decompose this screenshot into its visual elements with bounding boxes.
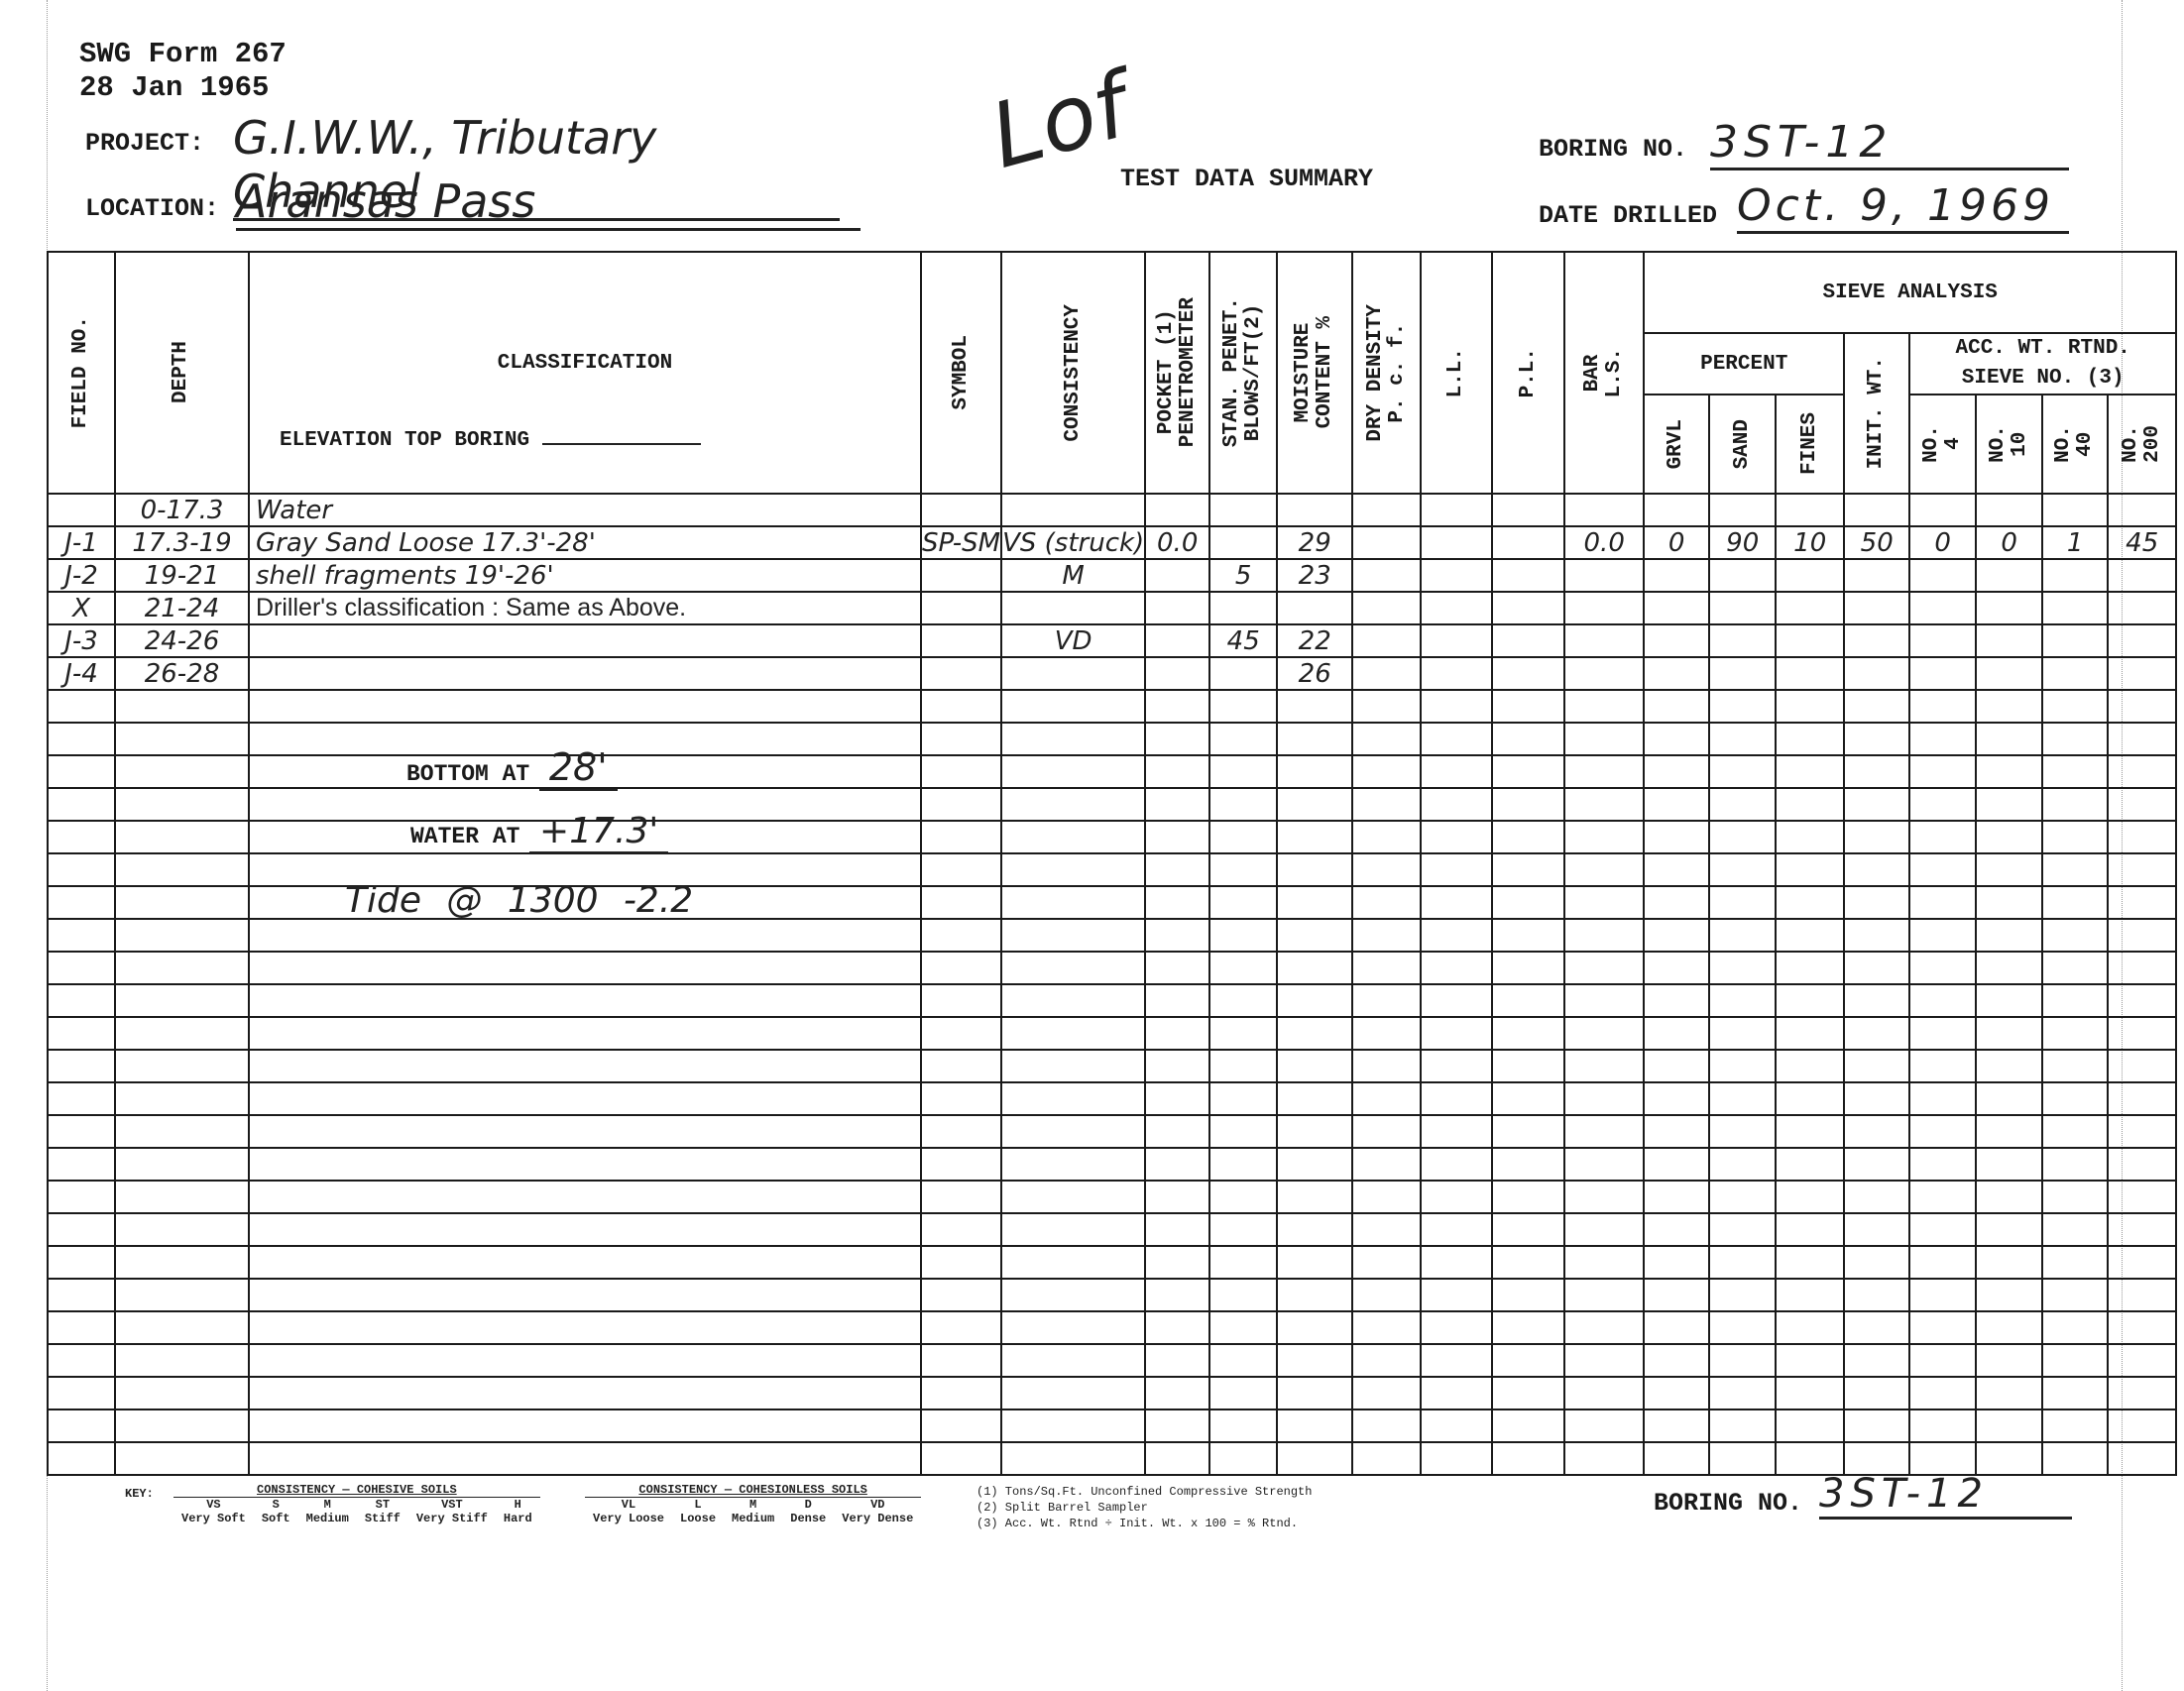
cell-ll bbox=[1421, 690, 1492, 723]
table-row bbox=[48, 1017, 2176, 1050]
cell-cons bbox=[1001, 690, 1145, 723]
cell-no40 bbox=[2042, 559, 2108, 592]
cell-no10 bbox=[1976, 1082, 2042, 1115]
cell-sand bbox=[1709, 1377, 1776, 1409]
cell-pocket bbox=[1145, 853, 1209, 886]
cell-init bbox=[1844, 1115, 1909, 1148]
cell-bar bbox=[1564, 1344, 1644, 1377]
cell-fines bbox=[1776, 1115, 1844, 1148]
cell-no40 bbox=[2042, 690, 2108, 723]
cell-stan bbox=[1209, 1148, 1277, 1181]
cell-dry bbox=[1352, 526, 1421, 559]
cell-init bbox=[1844, 1017, 1909, 1050]
cell-stan bbox=[1209, 984, 1277, 1017]
cell-pocket bbox=[1145, 755, 1209, 788]
cell-sym bbox=[921, 1050, 1001, 1082]
cell-field bbox=[48, 1377, 115, 1409]
cell-dry bbox=[1352, 592, 1421, 624]
cell-grvl bbox=[1644, 952, 1709, 984]
cell-init bbox=[1844, 984, 1909, 1017]
cell-cls bbox=[249, 1181, 921, 1213]
cell-pl bbox=[1492, 592, 1564, 624]
cell-no200 bbox=[2108, 1017, 2176, 1050]
cell-init bbox=[1844, 1050, 1909, 1082]
cell-no4 bbox=[1909, 821, 1976, 853]
cell-no4 bbox=[1909, 1050, 1976, 1082]
cell-sym bbox=[921, 1148, 1001, 1181]
cell-depth bbox=[115, 755, 249, 788]
cell-sym bbox=[921, 984, 1001, 1017]
cell-depth: 17.3-19 bbox=[115, 526, 249, 559]
cell-moist bbox=[1277, 1279, 1352, 1311]
cell-ll bbox=[1421, 624, 1492, 657]
key-abbr: H bbox=[496, 1498, 540, 1513]
cell-dry bbox=[1352, 1213, 1421, 1246]
cell-cons bbox=[1001, 1050, 1145, 1082]
cell-fines bbox=[1776, 1181, 1844, 1213]
key-abbr: M bbox=[724, 1498, 782, 1513]
cell-stan bbox=[1209, 919, 1277, 952]
cell-dry bbox=[1352, 1115, 1421, 1148]
form-date: 28 Jan 1965 bbox=[79, 71, 287, 105]
cell-dry bbox=[1352, 952, 1421, 984]
cell-cons bbox=[1001, 886, 1145, 919]
cell-sym bbox=[921, 1017, 1001, 1050]
cell-bar bbox=[1564, 1442, 1644, 1475]
cell-grvl bbox=[1644, 886, 1709, 919]
cell-cons bbox=[1001, 853, 1145, 886]
cell-depth bbox=[115, 919, 249, 952]
cell-bar bbox=[1564, 952, 1644, 984]
cell-grvl bbox=[1644, 690, 1709, 723]
cell-depth bbox=[115, 1082, 249, 1115]
cell-cons bbox=[1001, 1442, 1145, 1475]
cell-sym bbox=[921, 1279, 1001, 1311]
cell-no4 bbox=[1909, 853, 1976, 886]
table-row bbox=[48, 1279, 2176, 1311]
cell-init bbox=[1844, 1409, 1909, 1442]
cell-ll bbox=[1421, 526, 1492, 559]
cell-no10 bbox=[1976, 1246, 2042, 1279]
cell-ll bbox=[1421, 984, 1492, 1017]
cell-fines bbox=[1776, 1213, 1844, 1246]
cell-grvl bbox=[1644, 1050, 1709, 1082]
cell-no40 bbox=[2042, 1311, 2108, 1344]
cell-cls bbox=[249, 1082, 921, 1115]
cell-no40 bbox=[2042, 1344, 2108, 1377]
key-abbr: D bbox=[782, 1498, 834, 1513]
cell-no40: 1 bbox=[2042, 526, 2108, 559]
cell-pl bbox=[1492, 1181, 1564, 1213]
cell-depth bbox=[115, 1279, 249, 1311]
cell-pl bbox=[1492, 1279, 1564, 1311]
cell-no4 bbox=[1909, 919, 1976, 952]
cell-no4 bbox=[1909, 624, 1976, 657]
cell-ll bbox=[1421, 1344, 1492, 1377]
cell-stan bbox=[1209, 723, 1277, 755]
table-row bbox=[48, 821, 2176, 853]
cell-no10 bbox=[1976, 1017, 2042, 1050]
cell-depth bbox=[115, 1246, 249, 1279]
cell-sand bbox=[1709, 1181, 1776, 1213]
cell-cons bbox=[1001, 1148, 1145, 1181]
cell-stan bbox=[1209, 1442, 1277, 1475]
cell-no40 bbox=[2042, 952, 2108, 984]
cell-bar bbox=[1564, 919, 1644, 952]
cell-fines bbox=[1776, 1409, 1844, 1442]
cell-ll bbox=[1421, 952, 1492, 984]
cell-fines bbox=[1776, 559, 1844, 592]
project-label: PROJECT: bbox=[85, 129, 204, 158]
cell-sand bbox=[1709, 1279, 1776, 1311]
cell-moist bbox=[1277, 1377, 1352, 1409]
cell-field bbox=[48, 1050, 115, 1082]
cell-bar bbox=[1564, 1311, 1644, 1344]
cell-pocket bbox=[1145, 1409, 1209, 1442]
cell-moist: 22 bbox=[1277, 624, 1352, 657]
cell-pocket bbox=[1145, 723, 1209, 755]
col-no10: NO.10 bbox=[1976, 395, 2042, 494]
cell-depth bbox=[115, 1148, 249, 1181]
table-row bbox=[48, 723, 2176, 755]
cell-stan bbox=[1209, 1377, 1277, 1409]
cell-field bbox=[48, 494, 115, 526]
cell-init bbox=[1844, 1344, 1909, 1377]
cell-no4 bbox=[1909, 494, 1976, 526]
col-moisture: MOISTURECONTENT % bbox=[1277, 252, 1352, 494]
cell-sand bbox=[1709, 592, 1776, 624]
cell-no4 bbox=[1909, 1409, 1976, 1442]
cell-no10 bbox=[1976, 1050, 2042, 1082]
cell-pl bbox=[1492, 1311, 1564, 1344]
cell-ll bbox=[1421, 886, 1492, 919]
table-row bbox=[48, 1409, 2176, 1442]
cell-pl bbox=[1492, 494, 1564, 526]
cell-no40 bbox=[2042, 1115, 2108, 1148]
boring-value: 3ST-12 bbox=[1710, 117, 2069, 170]
cell-bar bbox=[1564, 1148, 1644, 1181]
cell-field bbox=[48, 1017, 115, 1050]
table-row bbox=[48, 1082, 2176, 1115]
cell-bar bbox=[1564, 788, 1644, 821]
cell-field bbox=[48, 984, 115, 1017]
cell-no40 bbox=[2042, 657, 2108, 690]
table-row bbox=[48, 1377, 2176, 1409]
cell-moist bbox=[1277, 952, 1352, 984]
cell-grvl bbox=[1644, 984, 1709, 1017]
cell-cons bbox=[1001, 1377, 1145, 1409]
cell-init bbox=[1844, 624, 1909, 657]
cell-init bbox=[1844, 494, 1909, 526]
col-dry-density: DRY DENSITYP. c. f. bbox=[1352, 252, 1421, 494]
cell-dry bbox=[1352, 723, 1421, 755]
table-row bbox=[48, 984, 2176, 1017]
cell-moist bbox=[1277, 1409, 1352, 1442]
cell-no10 bbox=[1976, 559, 2042, 592]
cell-no10 bbox=[1976, 1148, 2042, 1181]
table-row bbox=[48, 1115, 2176, 1148]
cell-bar bbox=[1564, 984, 1644, 1017]
cell-init bbox=[1844, 1246, 1909, 1279]
cell-init bbox=[1844, 788, 1909, 821]
cell-sym bbox=[921, 624, 1001, 657]
cell-dry bbox=[1352, 559, 1421, 592]
cell-cons bbox=[1001, 592, 1145, 624]
cell-cls bbox=[249, 1311, 921, 1344]
cell-no200 bbox=[2108, 821, 2176, 853]
cell-moist bbox=[1277, 984, 1352, 1017]
cell-no200 bbox=[2108, 1050, 2176, 1082]
cell-cons bbox=[1001, 919, 1145, 952]
cell-bar bbox=[1564, 1279, 1644, 1311]
cell-bar bbox=[1564, 690, 1644, 723]
cell-cons bbox=[1001, 1344, 1145, 1377]
cell-cons bbox=[1001, 1409, 1145, 1442]
cell-bar bbox=[1564, 1050, 1644, 1082]
cell-moist bbox=[1277, 1017, 1352, 1050]
cell-no40 bbox=[2042, 821, 2108, 853]
cell-depth bbox=[115, 853, 249, 886]
col-field-no: FIELD NO. bbox=[48, 252, 115, 494]
cell-no200 bbox=[2108, 952, 2176, 984]
cell-cons bbox=[1001, 1017, 1145, 1050]
cell-no200 bbox=[2108, 1279, 2176, 1311]
cell-grvl bbox=[1644, 755, 1709, 788]
col-sieve-analysis: SIEVE ANALYSIS bbox=[1644, 252, 2176, 333]
key-cohesive: CONSISTENCY — COHESIVE SOILS VSSMSTVSTHV… bbox=[173, 1483, 540, 1525]
cell-sym bbox=[921, 952, 1001, 984]
cell-stan bbox=[1209, 886, 1277, 919]
cell-no10 bbox=[1976, 755, 2042, 788]
initials-signature: Lof bbox=[980, 54, 1138, 189]
cell-sand bbox=[1709, 723, 1776, 755]
cell-sand bbox=[1709, 1148, 1776, 1181]
cell-cls bbox=[249, 952, 921, 984]
cell-cls bbox=[249, 1115, 921, 1148]
cell-stan bbox=[1209, 755, 1277, 788]
col-pl: P.L. bbox=[1492, 252, 1564, 494]
cell-init bbox=[1844, 1311, 1909, 1344]
cell-bar bbox=[1564, 886, 1644, 919]
cell-stan bbox=[1209, 1213, 1277, 1246]
cell-no10: 0 bbox=[1976, 526, 2042, 559]
test-data-table: FIELD NO. DEPTH CLASSIFICATION ELEVATION… bbox=[47, 251, 2177, 1476]
cell-sym bbox=[921, 886, 1001, 919]
cell-init bbox=[1844, 1181, 1909, 1213]
cell-sand bbox=[1709, 1115, 1776, 1148]
cell-field bbox=[48, 1115, 115, 1148]
cell-stan bbox=[1209, 821, 1277, 853]
cell-dry bbox=[1352, 1082, 1421, 1115]
cell-pocket bbox=[1145, 624, 1209, 657]
cell-moist bbox=[1277, 1213, 1352, 1246]
cell-fines bbox=[1776, 1344, 1844, 1377]
cell-dry bbox=[1352, 1246, 1421, 1279]
cell-init bbox=[1844, 919, 1909, 952]
cell-dry bbox=[1352, 984, 1421, 1017]
cell-init bbox=[1844, 1082, 1909, 1115]
cell-bar bbox=[1564, 853, 1644, 886]
cell-fines bbox=[1776, 1246, 1844, 1279]
cell-no10 bbox=[1976, 821, 2042, 853]
cell-field bbox=[48, 886, 115, 919]
cell-no10 bbox=[1976, 1213, 2042, 1246]
cell-sand bbox=[1709, 788, 1776, 821]
cell-init bbox=[1844, 592, 1909, 624]
cell-no40 bbox=[2042, 592, 2108, 624]
cell-stan bbox=[1209, 592, 1277, 624]
cell-field: J-1 bbox=[48, 526, 115, 559]
col-symbol: SYMBOL bbox=[921, 252, 1001, 494]
cell-pl bbox=[1492, 1442, 1564, 1475]
cell-no40 bbox=[2042, 494, 2108, 526]
cell-field bbox=[48, 1213, 115, 1246]
cell-no200 bbox=[2108, 624, 2176, 657]
cell-no10 bbox=[1976, 788, 2042, 821]
cell-cls bbox=[249, 1377, 921, 1409]
cell-cls: Driller's classification : Same as Above… bbox=[249, 592, 921, 624]
cell-depth: 21-24 bbox=[115, 592, 249, 624]
cell-sym bbox=[921, 1213, 1001, 1246]
cell-init bbox=[1844, 559, 1909, 592]
key-abbr: VD bbox=[834, 1498, 921, 1513]
cell-dry bbox=[1352, 1442, 1421, 1475]
cell-bar bbox=[1564, 657, 1644, 690]
cell-grvl bbox=[1644, 1082, 1709, 1115]
cell-no10 bbox=[1976, 886, 2042, 919]
key-meaning: Very Dense bbox=[834, 1512, 921, 1525]
key-abbr: VL bbox=[585, 1498, 672, 1513]
cell-fines bbox=[1776, 690, 1844, 723]
cell-ll bbox=[1421, 821, 1492, 853]
cell-cons bbox=[1001, 788, 1145, 821]
col-no200: NO.200 bbox=[2108, 395, 2176, 494]
cell-fines bbox=[1776, 886, 1844, 919]
date-drilled-label: DATE DRILLED bbox=[1539, 201, 1717, 230]
cell-pl bbox=[1492, 1148, 1564, 1181]
cell-depth bbox=[115, 984, 249, 1017]
cell-cls bbox=[249, 690, 921, 723]
cell-cls: Gray Sand Loose 17.3'-28' bbox=[249, 526, 921, 559]
cell-bar bbox=[1564, 494, 1644, 526]
cell-pocket bbox=[1145, 952, 1209, 984]
cell-no10 bbox=[1976, 1377, 2042, 1409]
cell-sym bbox=[921, 1082, 1001, 1115]
bottom-at-note: BOTTOM AT 28' bbox=[406, 745, 618, 789]
water-at-note: WATER AT +17.3' bbox=[410, 811, 668, 851]
cell-stan bbox=[1209, 526, 1277, 559]
cell-cls bbox=[249, 624, 921, 657]
cell-pocket bbox=[1145, 559, 1209, 592]
cell-grvl bbox=[1644, 1181, 1709, 1213]
cell-moist bbox=[1277, 853, 1352, 886]
cell-pocket: 0.0 bbox=[1145, 526, 1209, 559]
cell-pl bbox=[1492, 755, 1564, 788]
cell-fines bbox=[1776, 1148, 1844, 1181]
cell-ll bbox=[1421, 788, 1492, 821]
cell-fines bbox=[1776, 919, 1844, 952]
cell-no4 bbox=[1909, 1082, 1976, 1115]
cell-stan bbox=[1209, 952, 1277, 984]
cell-depth: 0-17.3 bbox=[115, 494, 249, 526]
cell-moist bbox=[1277, 821, 1352, 853]
cell-depth: 24-26 bbox=[115, 624, 249, 657]
cell-sand bbox=[1709, 919, 1776, 952]
cell-sand bbox=[1709, 1213, 1776, 1246]
cell-no200 bbox=[2108, 1442, 2176, 1475]
cell-stan bbox=[1209, 494, 1277, 526]
cell-sand bbox=[1709, 1050, 1776, 1082]
cell-depth bbox=[115, 1181, 249, 1213]
cell-bar bbox=[1564, 1246, 1644, 1279]
cell-no10 bbox=[1976, 919, 2042, 952]
cell-field bbox=[48, 723, 115, 755]
cell-depth bbox=[115, 723, 249, 755]
cell-no4 bbox=[1909, 723, 1976, 755]
cell-stan bbox=[1209, 1279, 1277, 1311]
cell-no40 bbox=[2042, 853, 2108, 886]
key-meaning: Medium bbox=[724, 1512, 782, 1525]
cell-moist bbox=[1277, 1181, 1352, 1213]
cell-init bbox=[1844, 1377, 1909, 1409]
cell-moist bbox=[1277, 1148, 1352, 1181]
cell-no200 bbox=[2108, 1082, 2176, 1115]
cell-depth bbox=[115, 1344, 249, 1377]
cell-field: J-2 bbox=[48, 559, 115, 592]
cell-dry bbox=[1352, 494, 1421, 526]
cell-dry bbox=[1352, 1181, 1421, 1213]
cell-depth bbox=[115, 1442, 249, 1475]
cell-depth: 19-21 bbox=[115, 559, 249, 592]
cell-ll bbox=[1421, 1181, 1492, 1213]
cell-no40 bbox=[2042, 886, 2108, 919]
cell-depth bbox=[115, 1115, 249, 1148]
table-row bbox=[48, 755, 2176, 788]
cell-pocket bbox=[1145, 1082, 1209, 1115]
footer-boring-value: 3ST-12 bbox=[1819, 1471, 2072, 1520]
cell-dry bbox=[1352, 886, 1421, 919]
cell-cons bbox=[1001, 1082, 1145, 1115]
cell-cons: VD bbox=[1001, 624, 1145, 657]
cell-cons bbox=[1001, 1311, 1145, 1344]
cell-no4 bbox=[1909, 1115, 1976, 1148]
cell-fines bbox=[1776, 494, 1844, 526]
cell-bar bbox=[1564, 723, 1644, 755]
cell-no200 bbox=[2108, 853, 2176, 886]
table-row bbox=[48, 919, 2176, 952]
cell-bar bbox=[1564, 1377, 1644, 1409]
cell-fines bbox=[1776, 984, 1844, 1017]
cell-depth bbox=[115, 1377, 249, 1409]
cell-ll bbox=[1421, 1377, 1492, 1409]
cell-cons: VS (struck) bbox=[1001, 526, 1145, 559]
cell-dry bbox=[1352, 755, 1421, 788]
key-abbr: S bbox=[254, 1498, 298, 1513]
cell-cons bbox=[1001, 755, 1145, 788]
cell-field bbox=[48, 690, 115, 723]
cell-moist bbox=[1277, 1115, 1352, 1148]
cell-no10 bbox=[1976, 1344, 2042, 1377]
cell-no200 bbox=[2108, 1311, 2176, 1344]
cell-cls bbox=[249, 1213, 921, 1246]
cell-grvl bbox=[1644, 821, 1709, 853]
cell-sand: 90 bbox=[1709, 526, 1776, 559]
cell-pocket bbox=[1145, 657, 1209, 690]
col-grvl: GRVL bbox=[1644, 395, 1709, 494]
cell-cons bbox=[1001, 494, 1145, 526]
cell-cons bbox=[1001, 657, 1145, 690]
col-bar-ls: BARL.S. bbox=[1564, 252, 1644, 494]
